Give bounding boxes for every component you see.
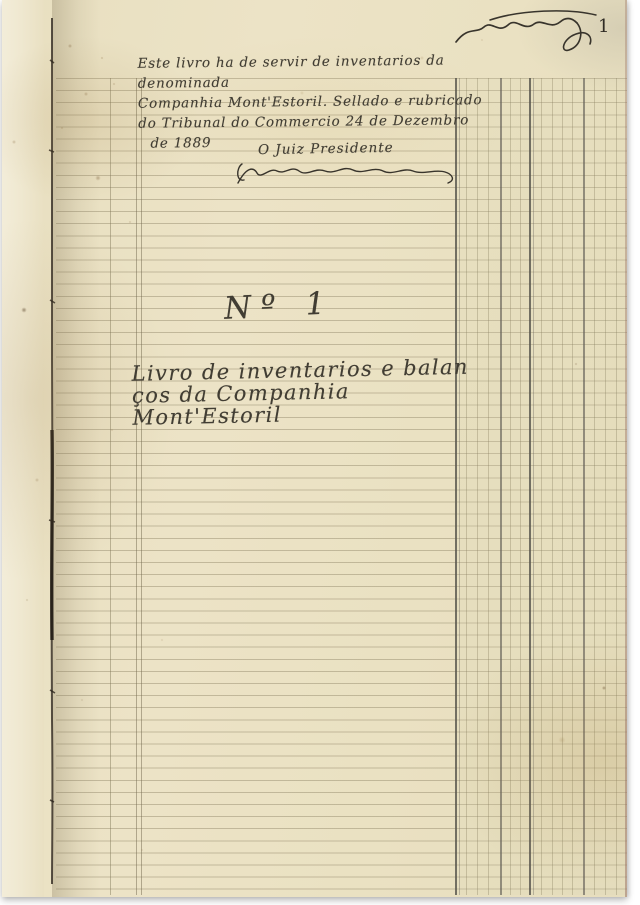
ruling-line: [583, 78, 585, 895]
ruling-line: [466, 78, 467, 895]
book-title-line2: ços da Companhia Mont'Estoril: [132, 377, 493, 429]
ruling-line: [141, 78, 142, 895]
judge-signature-icon: [234, 156, 460, 190]
opening-note: Este livro ha de servir de inventarios d…: [137, 50, 483, 154]
ruling-line: [529, 78, 531, 895]
page-number: 1: [598, 16, 609, 37]
opening-note-line1: Este livro ha de servir de inventarios d…: [137, 50, 482, 94]
ruling-line: [500, 78, 502, 895]
ruling-line: [533, 78, 534, 895]
ruling-line: [455, 78, 457, 895]
ruling-line: [572, 78, 573, 895]
ruling-line: [616, 78, 617, 895]
entry-number: Nº 1: [223, 285, 336, 327]
ruling-line: [562, 78, 563, 895]
ruling-line: [136, 78, 137, 895]
ruling-line: [552, 78, 553, 895]
ruling-line: [605, 78, 606, 895]
opening-note-line3: do Tribunal do Commercio 24 de Dezembro: [138, 110, 483, 134]
ruling-line: [510, 78, 511, 895]
ruling-line: [541, 78, 542, 895]
ruling-line: [459, 78, 460, 895]
ruling-line: [477, 78, 478, 895]
page-right-edge: [625, 0, 627, 897]
ledger-page: 1 Este livro ha de servir de inventarios…: [2, 0, 627, 897]
binding-stitch-icon: [40, 0, 70, 897]
book-title: Livro de inventarios e balan ços da Comp…: [131, 355, 492, 429]
ruling-line: [110, 78, 111, 895]
ruling-line: [488, 78, 489, 895]
ruling-line: [594, 78, 595, 895]
scan-backdrop: 1 Este livro ha de servir de inventarios…: [0, 0, 640, 905]
ruling-line: [520, 78, 521, 895]
